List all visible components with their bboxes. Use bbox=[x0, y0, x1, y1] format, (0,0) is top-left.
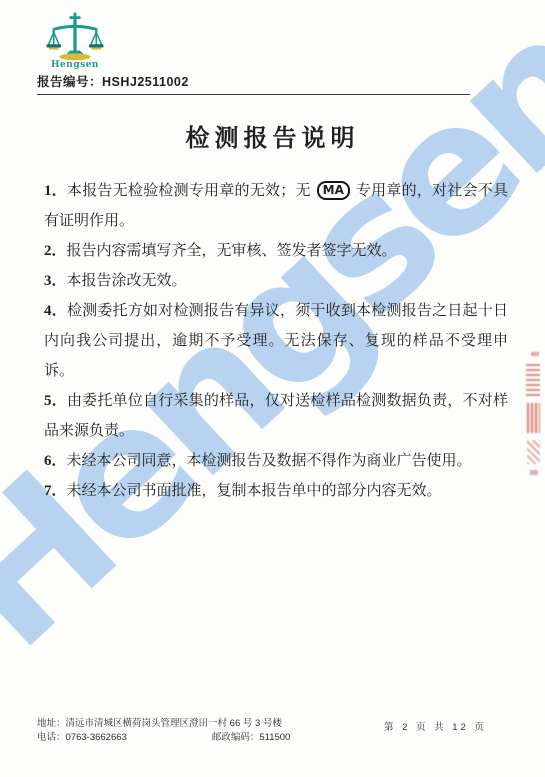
page-number-indicator: 第 2 页 共 12 页 bbox=[384, 719, 487, 733]
note-number: 3． bbox=[44, 273, 67, 289]
red-seal-fragment bbox=[531, 352, 539, 356]
report-note-item: 1．本报告无检验检测专用章的无效；无 MA 专用章的，对社会不具有证明作用。 bbox=[44, 176, 508, 236]
phone-label: 电话： bbox=[37, 732, 66, 743]
report-number-label: 报告编号： bbox=[37, 75, 102, 89]
footer-phone-line: 电话：0763-3662663邮政编码：511500 bbox=[37, 731, 290, 745]
report-note-item: 4．检测委托方如对检测报告有异议，须于收到本检测报告之日起十日内向我公司提出，逾… bbox=[44, 296, 508, 386]
report-notes-list: 1．本报告无检验检测专用章的无效；无 MA 专用章的，对社会不具有证明作用。2．… bbox=[44, 176, 508, 506]
report-note-item: 7．未经本公司书面批准，复制本报告单中的部分内容无效。 bbox=[44, 476, 508, 506]
scales-logo-icon bbox=[46, 12, 104, 62]
report-note-item: 2．报告内容需填写齐全，无审核、签发者签字无效。 bbox=[44, 236, 508, 266]
note-number: 1． bbox=[44, 183, 67, 199]
address-value: 清远市清城区横荷岗头管理区澄田一村 66 号 3 号楼 bbox=[66, 718, 282, 729]
note-number: 7． bbox=[44, 483, 67, 499]
red-seal-fragment bbox=[527, 403, 540, 433]
footer-contact-block: 地址：清远市清城区横荷岗头管理区澄田一村 66 号 3 号楼 电话：0763-3… bbox=[37, 717, 290, 745]
report-number-line: 报告编号：HSHJ2511002 bbox=[37, 72, 470, 95]
red-seal-fragment bbox=[527, 440, 540, 464]
report-page: Hengsen Hengsen 报告编号：HSHJ2511002 检测报告说明 bbox=[0, 0, 545, 777]
page-title: 检测报告说明 bbox=[0, 118, 545, 153]
note-number: 2． bbox=[44, 243, 67, 259]
report-note-item: 6．未经本公司同意，本检测报告及数据不得作为商业广告使用。 bbox=[44, 446, 508, 476]
red-seal-fragment bbox=[526, 362, 540, 396]
logo-brand-text: Hengsen bbox=[44, 60, 106, 70]
note-number: 5． bbox=[44, 393, 67, 409]
red-seal-fragment bbox=[530, 470, 538, 475]
report-number-value: HSHJ2511002 bbox=[102, 75, 189, 89]
report-note-item: 5．由委托单位自行采集的样品，仅对送检样品检测数据负责，不对样品来源负责。 bbox=[44, 386, 508, 446]
postal-label: 邮政编码： bbox=[212, 732, 260, 743]
cma-mark-icon: MA bbox=[317, 181, 350, 200]
address-label: 地址： bbox=[37, 718, 66, 729]
note-number: 6． bbox=[44, 453, 67, 469]
note-number: 4． bbox=[44, 303, 67, 319]
phone-value: 0763-3662663 bbox=[66, 732, 127, 743]
footer-address-line: 地址：清远市清城区横荷岗头管理区澄田一村 66 号 3 号楼 bbox=[37, 717, 290, 731]
postal-value: 511500 bbox=[259, 732, 290, 743]
hengsen-logo: Hengsen bbox=[44, 12, 106, 70]
report-note-item: 3．本报告涂改无效。 bbox=[44, 266, 508, 296]
